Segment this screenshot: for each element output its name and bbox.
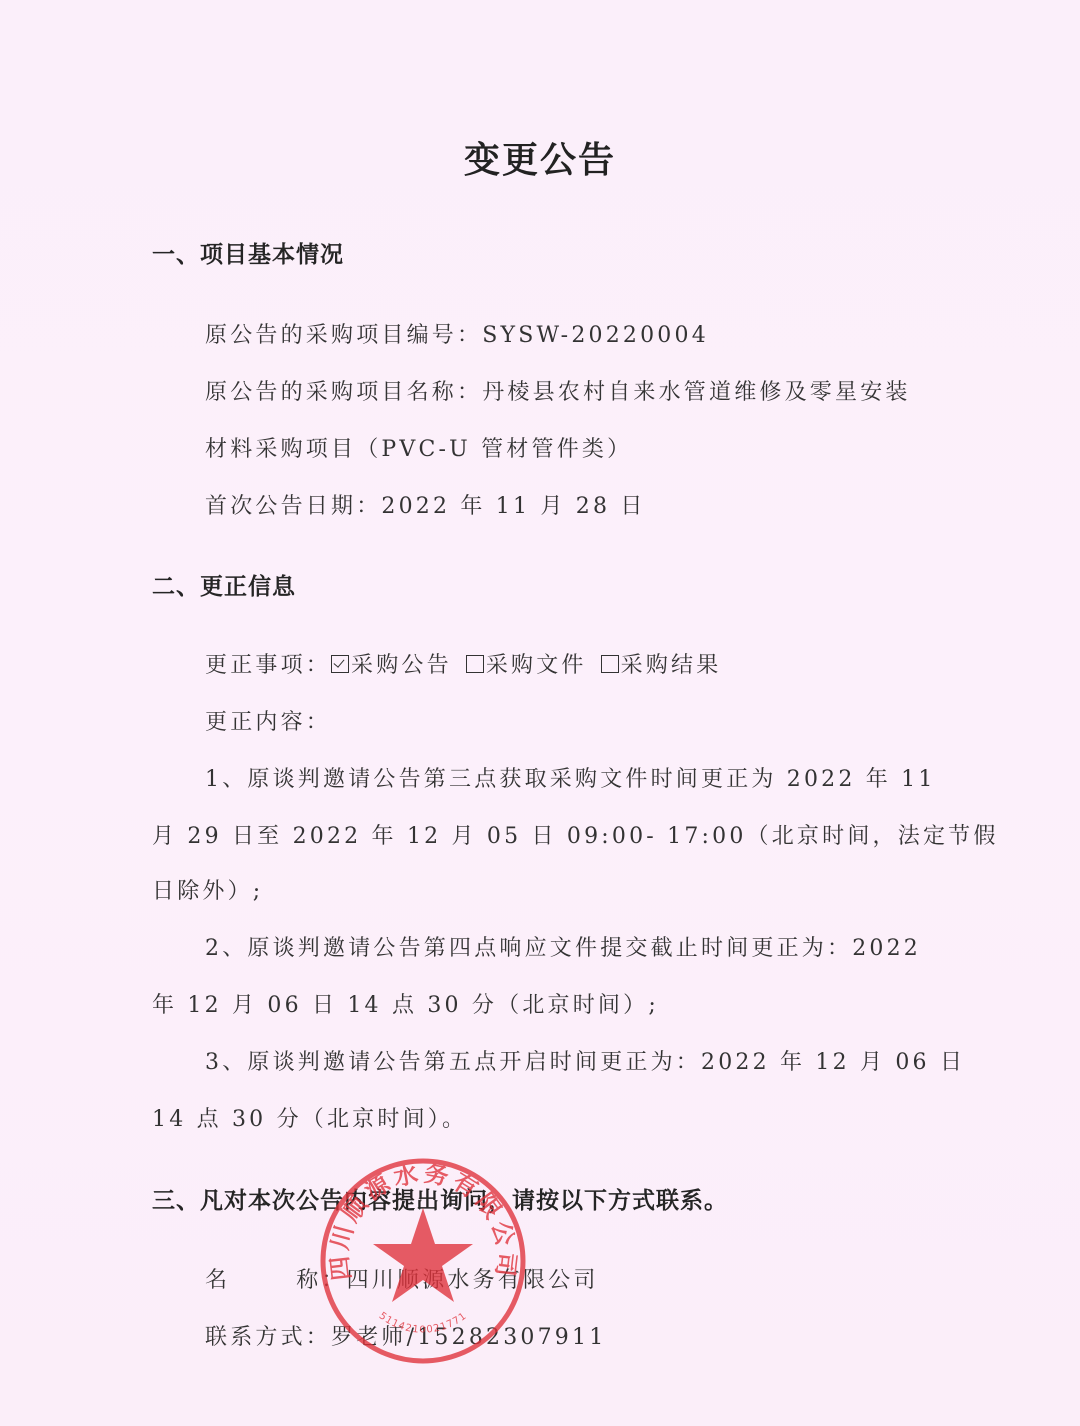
correction-items-line: 更正事项：采购公告采购文件采购结果	[205, 648, 735, 679]
checked-checkbox-icon	[331, 655, 349, 673]
document-title: 变更公告	[0, 132, 1080, 183]
project-number-label: 原公告的采购项目编号：	[205, 323, 482, 348]
option-procurement-documents: 采购文件	[466, 653, 587, 678]
section-heading-basic-info: 一、项目基本情况	[152, 236, 344, 269]
project-name-line-2: 材料采购项目（PVC-U 管材管件类）	[205, 432, 632, 463]
correction-item-1-line-2: 月 29 日至 2022 年 12 月 05 日 09:00- 17:00（北京…	[152, 819, 999, 850]
correction-item-2-line-1: 2、原谈判邀请公告第四点响应文件提交截止时间更正为：2022	[205, 931, 921, 962]
name-label: 名	[205, 1268, 230, 1293]
correction-items-label: 更正事项：	[205, 653, 331, 678]
name-label-suffix: 称：	[296, 1268, 346, 1293]
document-page: 变更公告 一、项目基本情况 原公告的采购项目编号：SYSW-20220004 原…	[0, 0, 1080, 1426]
correction-item-3-line-1: 3、原谈判邀请公告第五点开启时间更正为：2022 年 12 月 06 日	[205, 1045, 965, 1076]
project-number-line: 原公告的采购项目编号：SYSW-20220004	[205, 318, 709, 349]
company-name-line: 名称：四川顺源水务有限公司	[205, 1263, 599, 1294]
correction-item-2-line-2: 年 12 月 06 日 14 点 30 分（北京时间）;	[152, 988, 659, 1019]
contact-label: 联系方式：	[205, 1325, 331, 1350]
option-procurement-notice: 采购公告	[331, 653, 452, 678]
checkbox-icon	[601, 655, 619, 673]
company-name-value: 四川顺源水务有限公司	[347, 1268, 599, 1293]
correction-item-1-line-3: 日除外）;	[152, 874, 263, 905]
section-heading-correction-info: 二、更正信息	[152, 568, 296, 601]
correction-content-label: 更正内容：	[205, 705, 331, 736]
option-procurement-results: 采购结果	[601, 653, 722, 678]
checkbox-icon	[466, 655, 484, 673]
section-heading-contact: 三、凡对本次公告内容提出询问，请按以下方式联系。	[152, 1182, 728, 1215]
project-number-value: SYSW-20220004	[482, 323, 709, 348]
correction-item-1-line-1: 1、原谈判邀请公告第三点获取采购文件时间更正为 2022 年 11	[205, 762, 936, 793]
contact-line: 联系方式：罗老师/15282307911	[205, 1320, 606, 1351]
first-notice-date: 首次公告日期：2022 年 11 月 28 日	[205, 489, 646, 520]
contact-value: 罗老师/15282307911	[331, 1325, 606, 1350]
project-name-line-1: 原公告的采购项目名称：丹棱县农村自来水管道维修及零星安装	[205, 375, 911, 406]
correction-item-3-line-2: 14 点 30 分（北京时间）。	[152, 1102, 467, 1133]
